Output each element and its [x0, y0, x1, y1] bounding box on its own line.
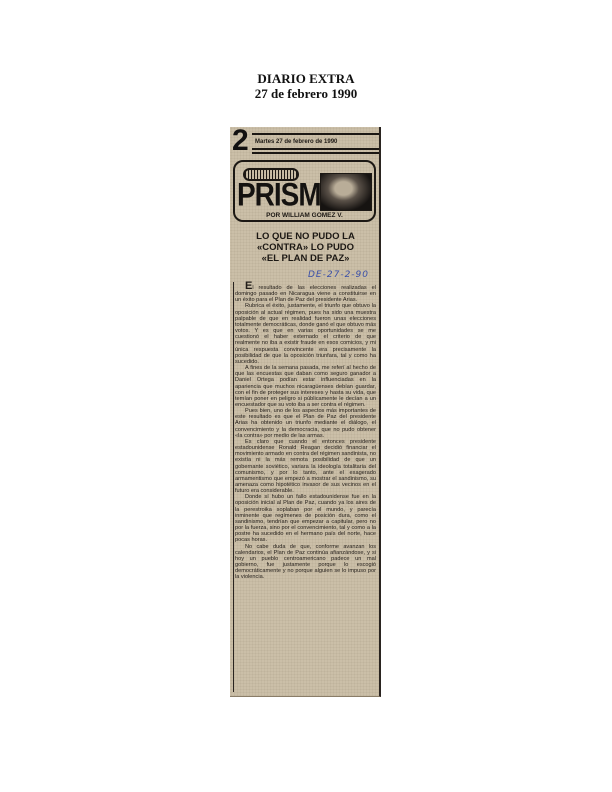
article-paragraph: No cabe duda de que, conforme avanzan lo…: [235, 544, 376, 581]
article-paragraph: A fines de la semana pasada, me referí a…: [235, 365, 376, 408]
article-body: El resultado de las elecciones realizada…: [235, 282, 376, 581]
headline-line: «EL PLAN DE PAZ»: [234, 253, 377, 264]
masthead: 2 Martes 27 de febrero de 1990: [232, 130, 379, 154]
publication-date: 27 de febrero 1990: [0, 86, 612, 101]
column-banner: PRISMA POR WILLIAM GOMEZ V.: [233, 160, 376, 222]
article-headline: LO QUE NO PUDO LA «CONTRA» LO PUDO «EL P…: [234, 231, 377, 264]
article-paragraph: El resultado de las elecciones realizada…: [235, 282, 376, 303]
byline: POR WILLIAM GOMEZ V.: [235, 212, 374, 219]
article-paragraph: Donde sí hubo un fallo estadounidense fu…: [235, 494, 376, 543]
column-rule: [233, 282, 234, 692]
newspaper-clipping: 2 Martes 27 de febrero de 1990 PRISMA PO…: [230, 127, 381, 697]
headline-line: «CONTRA» LO PUDO: [234, 242, 377, 253]
publication-name: DIARIO EXTRA: [0, 71, 612, 86]
masthead-rule: [252, 148, 379, 150]
page-number: 2: [232, 126, 249, 156]
dateline: Martes 27 de febrero de 1990: [255, 139, 337, 145]
article-paragraph: Es claro que cuando el entonces presiden…: [235, 439, 376, 494]
handwritten-annotation: DE-27-2-90: [308, 270, 369, 280]
masthead-rule: [252, 152, 379, 154]
article-paragraph: Rubrica el éxito, justamente, el triunfo…: [235, 303, 376, 365]
article-paragraph: Pues bien, uno de los aspectos más impor…: [235, 408, 376, 439]
masthead-rule: [252, 133, 379, 135]
document-header: DIARIO EXTRA 27 de febrero 1990: [0, 71, 612, 101]
author-photo: [320, 173, 372, 211]
headline-line: LO QUE NO PUDO LA: [234, 231, 377, 242]
